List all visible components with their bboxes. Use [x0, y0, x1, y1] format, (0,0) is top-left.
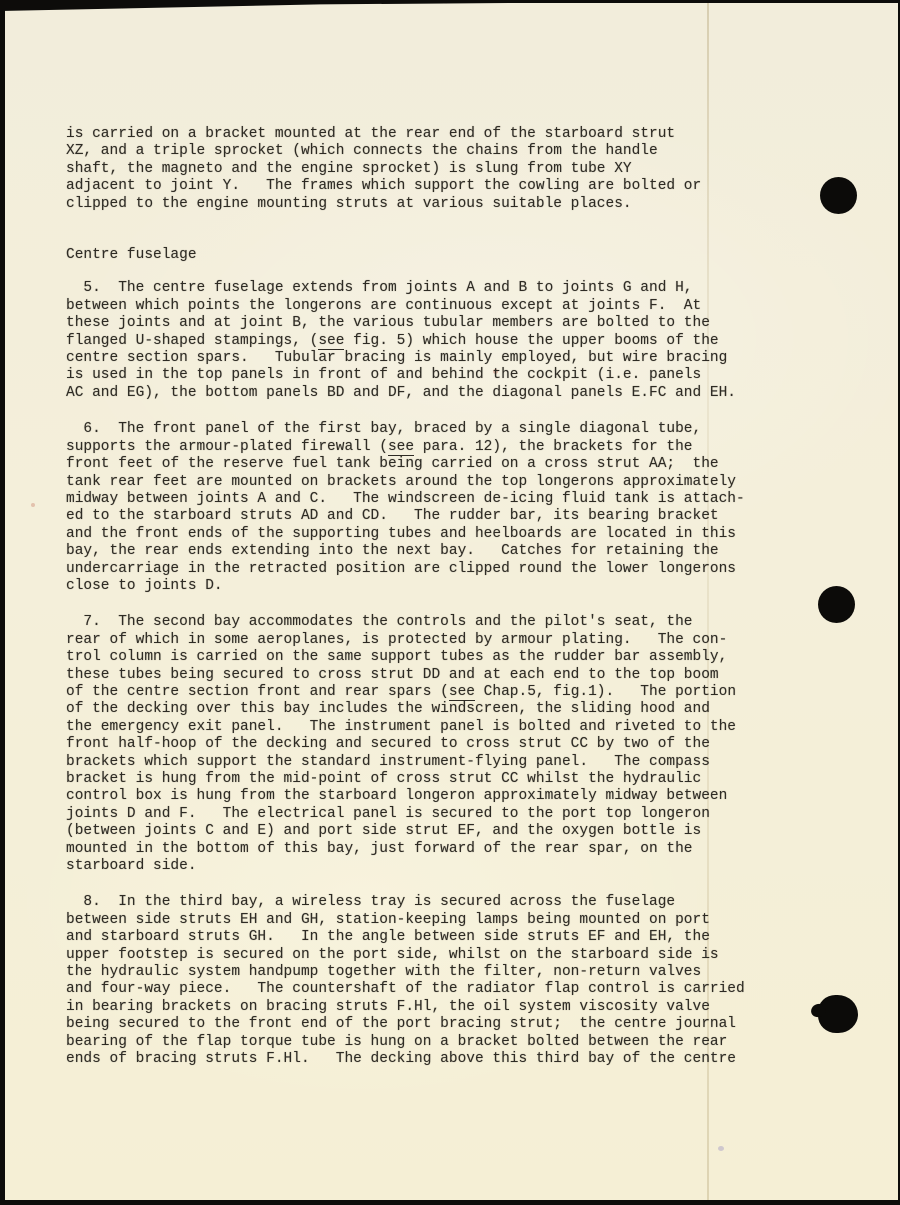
text-line: upper footstep is secured on the port si…: [66, 947, 745, 964]
text-line: these tubes being secured to cross strut…: [66, 667, 745, 684]
scanned-page-frame: is carried on a bracket mounted at the r…: [0, 0, 900, 1205]
paragraph-7: 7. The second bay accommodates the contr…: [66, 614, 745, 875]
text-line: and four-way piece. The countershaft of …: [66, 981, 745, 998]
text-line: 8. In the third bay, a wireless tray is …: [66, 894, 745, 911]
paragraph-6: 6. The front panel of the first bay, bra…: [66, 421, 745, 595]
underlined-word: see: [318, 333, 344, 351]
text-segment: of the centre section front and rear spa…: [66, 684, 449, 700]
paragraph-continuation: is carried on a bracket mounted at the r…: [66, 126, 745, 213]
text-line: control box is hung from the starboard l…: [66, 788, 745, 805]
text-line: flanged U-shaped stampings, (see fig. 5)…: [66, 333, 745, 350]
text-line: bearing of the flap torque tube is hung …: [66, 1034, 745, 1051]
text-line: tank rear feet are mounted on brackets a…: [66, 474, 745, 491]
text-line: front half-hoop of the decking and secur…: [66, 736, 745, 753]
text-line: is carried on a bracket mounted at the r…: [66, 126, 745, 143]
text-line: and starboard struts GH. In the angle be…: [66, 929, 745, 946]
text-line: of the decking over this bay includes th…: [66, 701, 745, 718]
text-line: starboard side.: [66, 858, 745, 875]
text-line: the hydraulic system handpump together w…: [66, 964, 745, 981]
text-line: adjacent to joint Y. The frames which su…: [66, 178, 745, 195]
underlined-word: see: [388, 439, 414, 457]
punch-hole: [818, 995, 858, 1033]
text-line: front feet of the reserve fuel tank bein…: [66, 456, 745, 473]
text-line: 7. The second bay accommodates the contr…: [66, 614, 745, 631]
text-line: 5. The centre fuselage extends from join…: [66, 280, 745, 297]
text-line: AC and EG), the bottom panels BD and DF,…: [66, 385, 745, 402]
text-line: supports the armour-plated firewall (see…: [66, 439, 745, 456]
punch-hole: [820, 177, 857, 214]
text-line: between side struts EH and GH, station-k…: [66, 912, 745, 929]
text-segment: fig. 5) which house the upper booms of t…: [344, 333, 718, 349]
text-line: mounted in the bottom of this bay, just …: [66, 841, 745, 858]
section-heading: Centre fuselage: [66, 247, 745, 264]
text-line: in bearing brackets on bracing struts F.…: [66, 999, 745, 1016]
text-line: between which points the longerons are c…: [66, 298, 745, 315]
text-line: rear of which in some aeroplanes, is pro…: [66, 632, 745, 649]
text-line: of the centre section front and rear spa…: [66, 684, 745, 701]
text-line: ends of bracing struts F.Hl. The decking…: [66, 1051, 745, 1068]
text-line: bay, the rear ends extending into the ne…: [66, 543, 745, 560]
text-line: ed to the starboard struts AD and CD. Th…: [66, 508, 745, 525]
paper-stain: [718, 1146, 724, 1151]
paper-stain: [31, 503, 35, 507]
text-line: joints D and F. The electrical panel is …: [66, 806, 745, 823]
text-line: brackets which support the standard inst…: [66, 754, 745, 771]
text-line: bracket is hung from the mid-point of cr…: [66, 771, 745, 788]
text-line: clipped to the engine mounting struts at…: [66, 196, 745, 213]
text-line: shaft, the magneto and the engine sprock…: [66, 161, 745, 178]
text-line: midway between joints A and C. The winds…: [66, 491, 745, 508]
text-line: undercarriage in the retracted position …: [66, 561, 745, 578]
text-line: trol column is carried on the same suppo…: [66, 649, 745, 666]
text-line: XZ, and a triple sprocket (which connect…: [66, 143, 745, 160]
paragraph-8: 8. In the third bay, a wireless tray is …: [66, 894, 745, 1068]
text-line: close to joints D.: [66, 578, 745, 595]
document-text: is carried on a bracket mounted at the r…: [66, 126, 745, 1088]
punch-hole: [818, 586, 855, 623]
text-line: 6. The front panel of the first bay, bra…: [66, 421, 745, 438]
text-line: these joints and at joint B, the various…: [66, 315, 745, 332]
text-segment: flanged U-shaped stampings, (: [66, 333, 318, 349]
underlined-word: see: [449, 684, 475, 702]
text-line: is used in the top panels in front of an…: [66, 367, 745, 384]
text-line: centre section spars. Tubular bracing is…: [66, 350, 745, 367]
document-page: is carried on a bracket mounted at the r…: [5, 3, 898, 1200]
text-line: (between joints C and E) and port side s…: [66, 823, 745, 840]
text-segment: Chap.5, fig.1). The portion: [475, 684, 736, 700]
text-segment: supports the armour-plated firewall (: [66, 439, 388, 455]
paragraph-5: 5. The centre fuselage extends from join…: [66, 280, 745, 402]
text-line: being secured to the front end of the po…: [66, 1016, 745, 1033]
text-segment: para. 12), the brackets for the: [414, 439, 692, 455]
text-line: the emergency exit panel. The instrument…: [66, 719, 745, 736]
text-line: and the front ends of the supporting tub…: [66, 526, 745, 543]
